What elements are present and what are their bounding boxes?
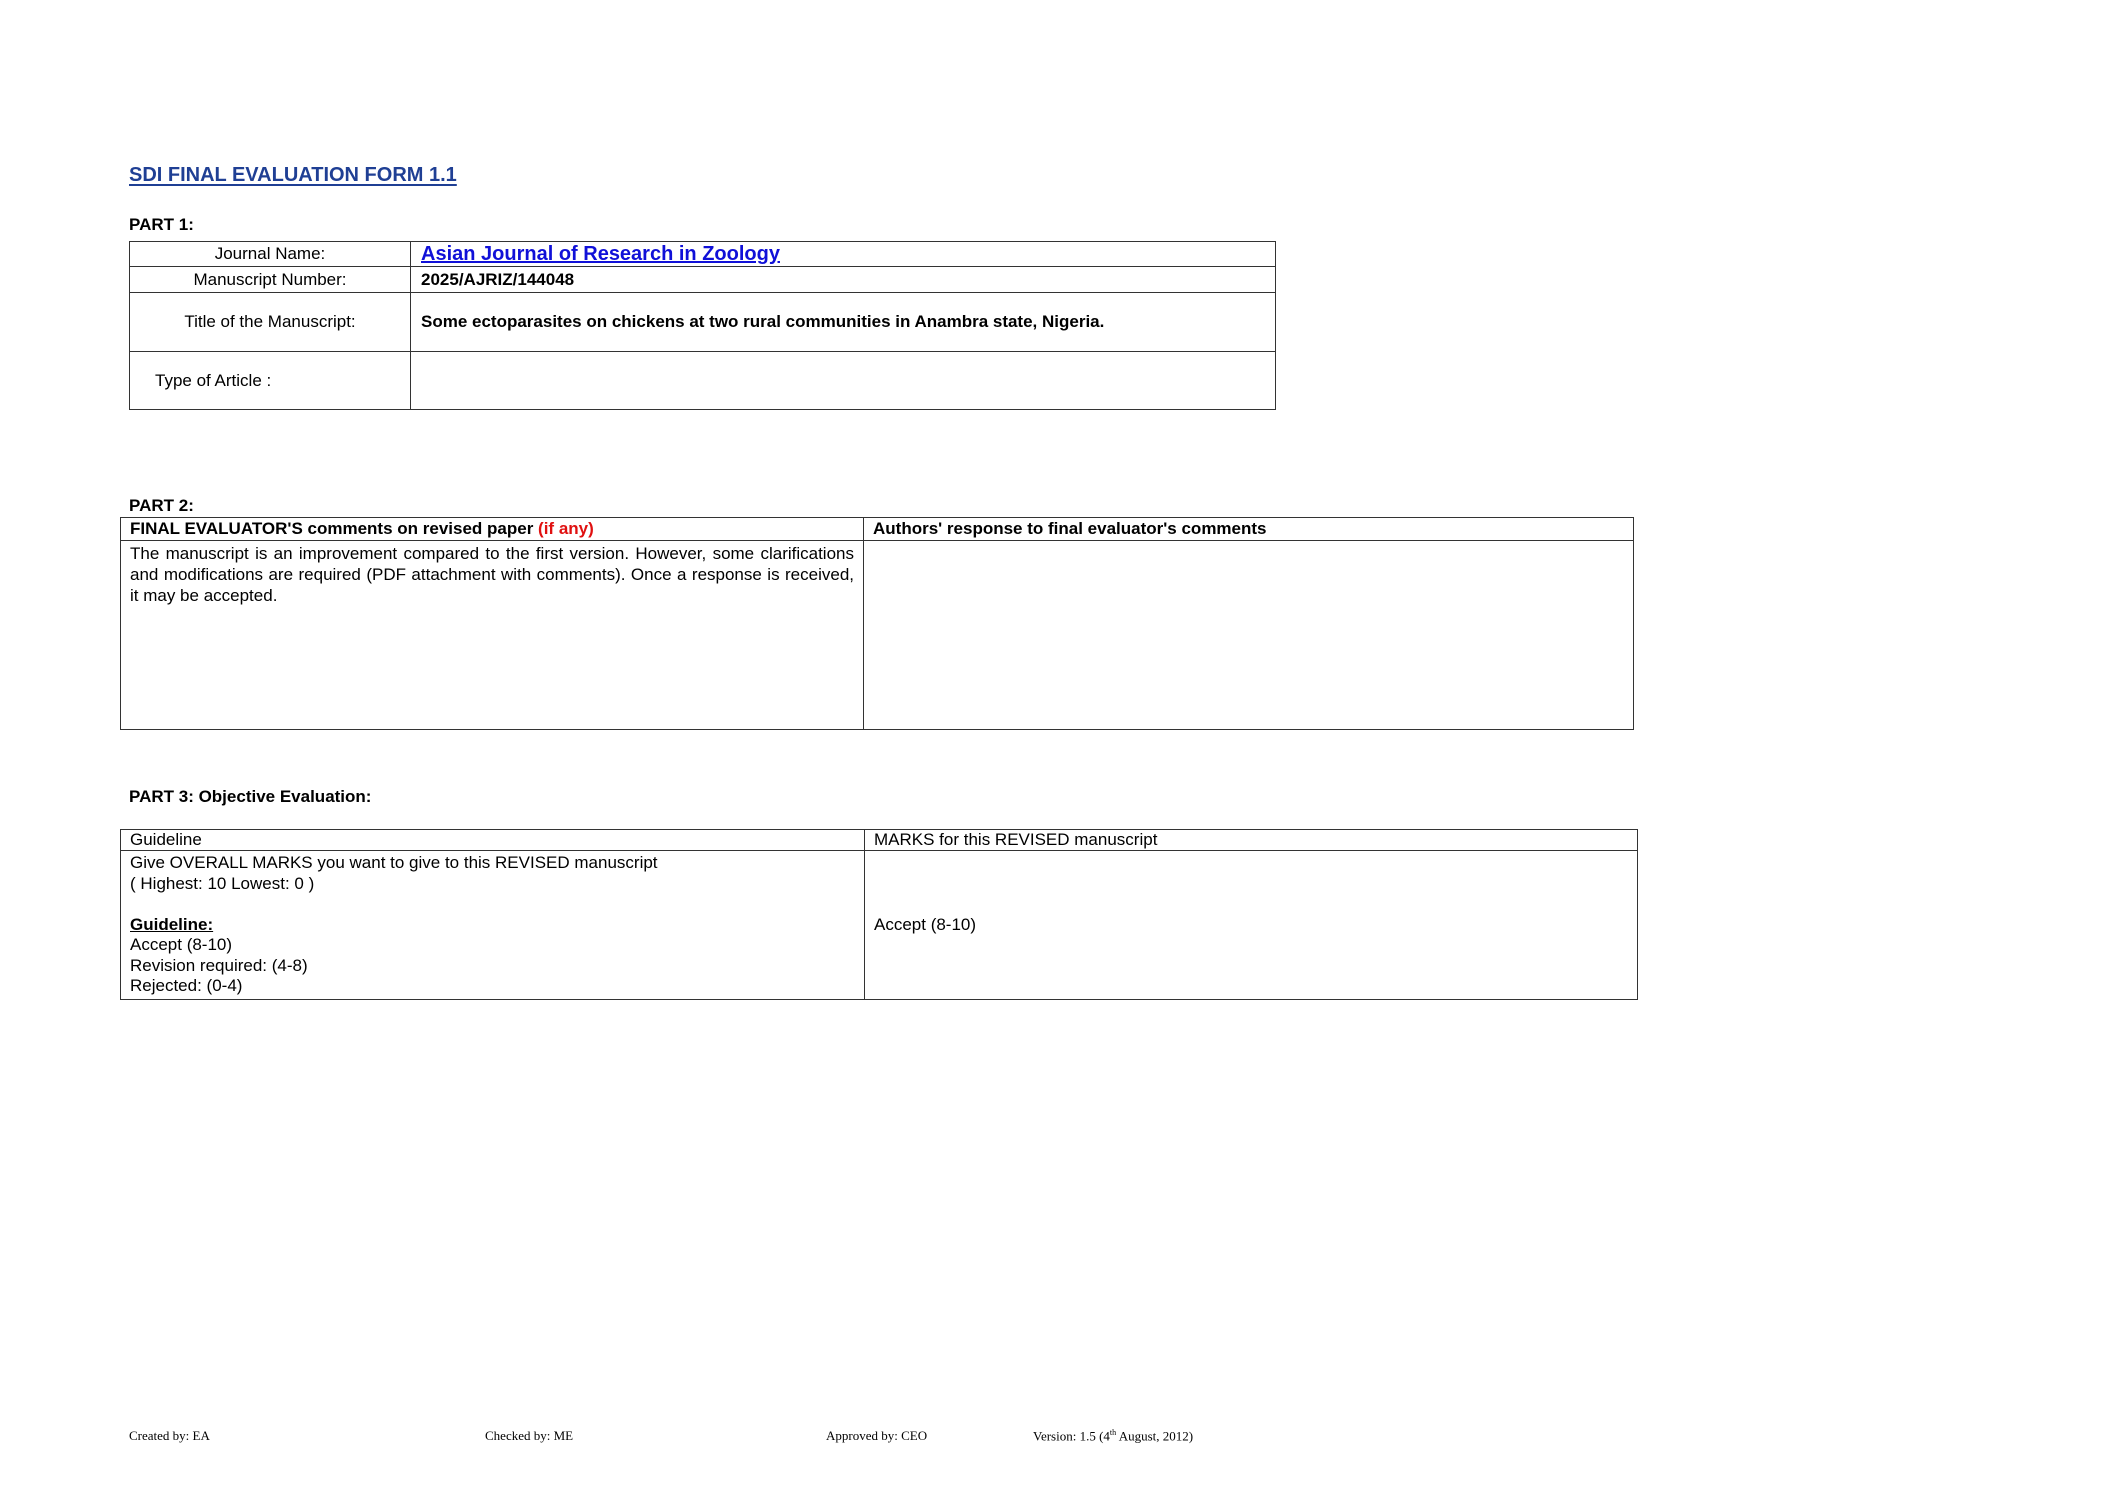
form-title: SDI FINAL EVALUATION FORM 1.1 bbox=[129, 164, 457, 187]
journal-name-value: Asian Journal of Research in Zoology bbox=[411, 242, 1276, 267]
version-prefix: Version: 1.5 (4 bbox=[1033, 1428, 1110, 1443]
table-row: Type of Article : bbox=[130, 352, 1276, 410]
journal-name-label: Journal Name: bbox=[130, 242, 411, 267]
objective-evaluation-table: Guideline MARKS for this REVISED manuscr… bbox=[120, 829, 1638, 1000]
footer-approved-by: Approved by: CEO bbox=[826, 1428, 927, 1444]
manuscript-title-label: Title of the Manuscript: bbox=[130, 293, 411, 352]
marks-range: ( Highest: 10 Lowest: 0 ) bbox=[130, 874, 855, 895]
article-type-label: Type of Article : bbox=[130, 352, 411, 410]
part1-label: PART 1: bbox=[129, 215, 194, 235]
article-type-value[interactable] bbox=[411, 352, 1276, 410]
manuscript-number-label: Manuscript Number: bbox=[130, 267, 411, 293]
footer-version: Version: 1.5 (4th August, 2012) bbox=[1033, 1428, 1193, 1444]
marks-header: MARKS for this REVISED manuscript bbox=[865, 830, 1638, 851]
footer-created-by: Created by: EA bbox=[129, 1428, 210, 1444]
guideline-accept: Accept (8-10) bbox=[130, 935, 855, 956]
table-row: Journal Name: Asian Journal of Research … bbox=[130, 242, 1276, 267]
journal-name-link[interactable]: Asian Journal of Research in Zoology bbox=[421, 243, 780, 265]
table-row: Title of the Manuscript: Some ectoparasi… bbox=[130, 293, 1276, 352]
part3-label: PART 3: Objective Evaluation: bbox=[129, 787, 371, 807]
guideline-rejected: Rejected: (0-4) bbox=[130, 976, 855, 997]
evaluator-comments-header: FINAL EVALUATOR'S comments on revised pa… bbox=[121, 518, 864, 541]
overall-marks-instruction: Give OVERALL MARKS you want to give to t… bbox=[130, 853, 855, 874]
evaluator-comments-header-text: FINAL EVALUATOR'S comments on revised pa… bbox=[130, 519, 533, 538]
manuscript-title-value: Some ectoparasites on chickens at two ru… bbox=[411, 293, 1276, 352]
part2-label: PART 2: bbox=[129, 496, 194, 516]
marks-value[interactable]: Accept (8-10) bbox=[865, 851, 1638, 1000]
table-row: Manuscript Number: 2025/AJRIZ/144048 bbox=[130, 267, 1276, 293]
evaluator-comment: The manuscript is an improvement compare… bbox=[121, 541, 864, 730]
table-header-row: Guideline MARKS for this REVISED manuscr… bbox=[121, 830, 1638, 851]
guideline-cell: Give OVERALL MARKS you want to give to t… bbox=[121, 851, 865, 1000]
authors-response-field[interactable] bbox=[864, 541, 1634, 730]
table-row: Give OVERALL MARKS you want to give to t… bbox=[121, 851, 1638, 1000]
comments-table: FINAL EVALUATOR'S comments on revised pa… bbox=[120, 517, 1634, 730]
guideline-revision: Revision required: (4-8) bbox=[130, 956, 855, 977]
footer-checked-by: Checked by: ME bbox=[485, 1428, 573, 1444]
table-header-row: FINAL EVALUATOR'S comments on revised pa… bbox=[121, 518, 1634, 541]
manuscript-number-value: 2025/AJRIZ/144048 bbox=[411, 267, 1276, 293]
table-row: The manuscript is an improvement compare… bbox=[121, 541, 1634, 730]
manuscript-info-table: Journal Name: Asian Journal of Research … bbox=[129, 241, 1276, 410]
version-suffix: August, 2012) bbox=[1116, 1428, 1193, 1443]
guideline-title: Guideline: bbox=[130, 915, 855, 936]
if-any-note: (if any) bbox=[538, 519, 594, 538]
guideline-header: Guideline bbox=[121, 830, 865, 851]
authors-response-header: Authors' response to final evaluator's c… bbox=[864, 518, 1634, 541]
